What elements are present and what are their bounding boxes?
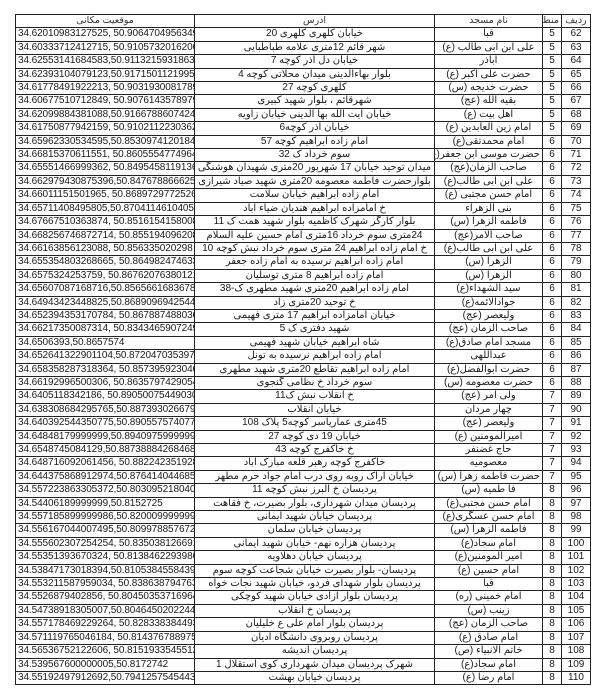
address-cell: شهید دفتری ک 5 bbox=[195, 323, 435, 336]
region-cell: 7 bbox=[543, 390, 562, 403]
table-row: 866عبداللهیامام زاده ابراهیم نرسیده به ت… bbox=[16, 350, 591, 363]
row-number-cell: 101 bbox=[562, 551, 591, 564]
region-cell: 7 bbox=[543, 444, 562, 457]
address-cell: شهر قائم 12متری علامه طباطبایی bbox=[195, 41, 435, 54]
address-cell: پردیسان خ البرز نبش کوچه 11 bbox=[195, 484, 435, 497]
region-cell: 7 bbox=[543, 417, 562, 430]
mosque-name-cell: امیر المومنین(ع) bbox=[435, 551, 543, 564]
location-cell: 34.556167044007495,50.809978857672114 bbox=[16, 524, 195, 537]
mosque-name-cell: امام حسن مجتبی (ع) bbox=[435, 189, 543, 202]
mosque-name-cell: عبداللهی bbox=[435, 350, 543, 363]
address-cell: امام زاده ابراهیم 8 متری توسلیان bbox=[195, 269, 435, 282]
row-number-cell: 97 bbox=[562, 497, 591, 510]
region-cell: 8 bbox=[543, 537, 562, 550]
address-cell: پردیسان میدان شهرداری، بلوار بصیرت، خ فق… bbox=[195, 497, 435, 510]
row-number-cell: 103 bbox=[562, 578, 591, 591]
region-cell: 8 bbox=[543, 631, 562, 644]
region-cell: 5 bbox=[543, 95, 562, 108]
location-cell: 34.61778491922213, 50.903193008178995 bbox=[16, 82, 195, 95]
address-cell: خیابان امامزاده ابراهیم 17 متری فهیمی bbox=[195, 309, 435, 322]
table-row: 1098امام سجاد(ع)شهرک پردیسان میدان شهردا… bbox=[16, 658, 591, 671]
location-cell: 34.54406189999999,50.8152725 bbox=[16, 497, 195, 510]
mosque-name-cell: امام سجاد(ع) bbox=[435, 658, 543, 671]
region-cell: 8 bbox=[543, 511, 562, 524]
mosque-name-cell: حضرت موسی ابن جعفر(ع) bbox=[435, 149, 543, 162]
region-cell: 5 bbox=[543, 55, 562, 68]
location-cell: 34.658358287318364, 50.857395923046056 bbox=[16, 363, 195, 376]
row-number-cell: 64 bbox=[562, 55, 591, 68]
row-number-cell: 72 bbox=[562, 162, 591, 175]
address-cell: شهرک پردیسان میدان شهرداری کوی استقلال 1 bbox=[195, 658, 435, 671]
table-row: 1088خاتم الانبیاء (ص)پردیسان اندیشه34.56… bbox=[16, 645, 591, 658]
row-number-cell: 92 bbox=[562, 430, 591, 443]
address-cell: پردیسان خیابان شهید ایمانی bbox=[195, 511, 435, 524]
region-cell: 6 bbox=[543, 323, 562, 336]
address-cell: امام زاده ابراهیم خیابان سلامت bbox=[195, 189, 435, 202]
table-row: 876حضرت ابوالفضل(ع)امام زاده ابراهیم تقا… bbox=[16, 363, 591, 376]
row-number-cell: 76 bbox=[562, 216, 591, 229]
region-cell: 8 bbox=[543, 497, 562, 510]
mosque-name-cell: امام حسن عسگری(ع) bbox=[435, 511, 543, 524]
region-cell: 6 bbox=[543, 256, 562, 269]
mosque-name-cell: بنی الزهراء bbox=[435, 202, 543, 215]
address-cell: پردیسان خیابان دهلاویه bbox=[195, 551, 435, 564]
location-cell: 34.62553141684583,50.91132159318633 bbox=[16, 55, 195, 68]
row-number-cell: 74 bbox=[562, 189, 591, 202]
address-cell: میدان توحید خیابان 17 شهریور 20متری شهید… bbox=[195, 162, 435, 175]
mosque-name-cell: امام سجاد(ع) bbox=[435, 537, 543, 550]
mosque-name-cell: صاحب الزمان (عج) bbox=[435, 618, 543, 631]
region-cell: 5 bbox=[543, 82, 562, 95]
header-row-number: ردیف bbox=[562, 15, 591, 28]
region-cell: 8 bbox=[543, 604, 562, 617]
region-cell: 5 bbox=[543, 122, 562, 135]
table-row: 726صاحب الزمان(عج)میدان توحید خیابان 17 … bbox=[16, 162, 591, 175]
mosque-name-cell: بقیه الله (عج) bbox=[435, 95, 543, 108]
table-row: 635علی ابن ابی طالب (ع)شهر قائم 12متری ع… bbox=[16, 41, 591, 54]
location-cell: 34.652394353170784, 50.8678874880364166 bbox=[16, 309, 195, 322]
mosque-name-cell: صاحب الزمان(عج) bbox=[435, 162, 543, 175]
location-cell: 34.67667510363874, 50.85161541580085 bbox=[16, 216, 195, 229]
mosque-name-cell: امام خمینی (ره) bbox=[435, 591, 543, 604]
address-cell: پردیسان خیابان بهشت bbox=[195, 671, 435, 684]
mosque-name-cell: فاطمه الزهرا (س) bbox=[435, 216, 543, 229]
table-body: 625قباخیابان کلهری کلهری 2034.6201098312… bbox=[16, 28, 591, 685]
address-cell: پردیسان خیابان سلمان bbox=[195, 524, 435, 537]
region-cell: 8 bbox=[543, 671, 562, 684]
row-number-cell: 91 bbox=[562, 417, 591, 430]
mosque-name-cell: امام زین العابدین (ع) bbox=[435, 122, 543, 135]
table-row: 1068صاحب الزمان (عج)پردیسان بلوار امام ع… bbox=[16, 618, 591, 631]
location-cell: 34.64943423448825,50.8689096942544 bbox=[16, 296, 195, 309]
table-row: 685اهل بیت (ع)خیابان ایت الله بها الدینی… bbox=[16, 108, 591, 121]
row-number-cell: 104 bbox=[562, 591, 591, 604]
table-row: 836ولیعصر (عج)خیابان امامزاده ابراهیم 17… bbox=[16, 309, 591, 322]
mosque-name-cell: علی ابن ابی طالب (ع) bbox=[435, 41, 543, 54]
mosque-name-cell: صاحب الزمان (عج) bbox=[435, 323, 543, 336]
location-cell: 34.65607087168716,50.85656616836787 bbox=[16, 283, 195, 296]
location-cell: 34.64848179999999,50.894097599999995 bbox=[16, 430, 195, 443]
location-cell: 34.557185899999986,50.820009999999996 bbox=[16, 511, 195, 524]
location-cell: 34.62393104079123,50.917150112199565 bbox=[16, 68, 195, 81]
region-cell: 7 bbox=[543, 403, 562, 416]
location-cell: 34.66192996500306, 50.86357974290544 bbox=[16, 376, 195, 389]
row-number-cell: 108 bbox=[562, 645, 591, 658]
location-cell: 34.668256746872714, 50.85519409620858 bbox=[16, 229, 195, 242]
region-cell: 8 bbox=[543, 524, 562, 537]
table-row: 886حضرت معصومه (س)سوم خرداد خ نظامی گنجو… bbox=[16, 376, 591, 389]
row-number-cell: 68 bbox=[562, 108, 591, 121]
mosque-name-cell: ولی امر (عج) bbox=[435, 390, 543, 403]
mosque-name-cell: ولیعصر (عج) bbox=[435, 417, 543, 430]
location-cell: 34.62010983127525, 50.906470495634935 bbox=[16, 28, 195, 41]
header-location: موقعیت مکانی bbox=[16, 15, 195, 28]
table-row: 706امام محمدتقی(ع)امام زاده ابراهیم کوچه… bbox=[16, 135, 591, 148]
address-cell: خاکفرج کوچه رهبر قلعه مبارک اباد bbox=[195, 457, 435, 470]
address-cell: خ انقلاب نبش ک11 bbox=[195, 390, 435, 403]
location-cell: 34.65962330534595,50.8530974120184 bbox=[16, 135, 195, 148]
region-cell: 7 bbox=[543, 430, 562, 443]
mosque-name-cell: علی ابن ابی طالب(ع) bbox=[435, 175, 543, 188]
row-number-cell: 100 bbox=[562, 537, 591, 550]
address-cell: خیابان 19 دی کوچه 27 bbox=[195, 430, 435, 443]
row-number-cell: 75 bbox=[562, 202, 591, 215]
location-cell: 34.65551466999362, 50.84954581191367 bbox=[16, 162, 195, 175]
mosque-name-cell: چهار مردان bbox=[435, 403, 543, 416]
table-row: 927امیرالمومنین (ع)خیابان 19 دی کوچه 273… bbox=[16, 430, 591, 443]
location-cell: 34.557223863305372,50.80309521804017 bbox=[16, 484, 195, 497]
table-row: 1028امام حسین (ع)پردیسان- بلوار بصیرت خی… bbox=[16, 564, 591, 577]
row-number-cell: 71 bbox=[562, 149, 591, 162]
address-cell: پردیسان بلوار شهدای فردو، خیابان شهید نج… bbox=[195, 578, 435, 591]
region-cell: 8 bbox=[543, 591, 562, 604]
location-cell: 34.55351393670324, 50.81384622939866 bbox=[16, 551, 195, 564]
address-cell: شاه ابراهیم خیابان شهید فهیمی bbox=[195, 336, 435, 349]
location-cell: 34.553211587959034, 50.8386387947638 bbox=[16, 578, 195, 591]
row-number-cell: 62 bbox=[562, 28, 591, 41]
location-cell: 34.60677510712849, 50.90761435789793 bbox=[16, 95, 195, 108]
address-cell: پردیسان بلوار ازادی خیابان شهید کوچکی bbox=[195, 591, 435, 604]
row-number-cell: 106 bbox=[562, 618, 591, 631]
mosque-name-cell: جوادالائمه(ع) bbox=[435, 296, 543, 309]
mosque-name-cell: زینب (س) bbox=[435, 604, 543, 617]
address-cell: سوم خرداد ک 32 bbox=[195, 149, 435, 162]
row-number-cell: 84 bbox=[562, 323, 591, 336]
location-cell: 34.6575324253759, 50.86762076380121 bbox=[16, 269, 195, 282]
region-cell: 6 bbox=[543, 216, 562, 229]
row-number-cell: 70 bbox=[562, 135, 591, 148]
location-cell: 34.640392544350775,50.89055757407749 bbox=[16, 417, 195, 430]
mosque-name-cell: امام رضا (ع) bbox=[435, 671, 543, 684]
address-cell: بلوار کارگر شهرک کاظمیه بلوار شهید همت ک… bbox=[195, 216, 435, 229]
address-cell: امام زاده ابراهیم نرسیده به تونل bbox=[195, 350, 435, 363]
table-row: 625قباخیابان کلهری کلهری 2034.6201098312… bbox=[16, 28, 591, 41]
table-row: 716حضرت موسی ابن جعفر(ع)سوم خرداد ک 3234… bbox=[16, 149, 591, 162]
location-cell: 34.66011151501965, 50.868972977252604 bbox=[16, 189, 195, 202]
row-number-cell: 78 bbox=[562, 242, 591, 255]
row-number-cell: 102 bbox=[562, 564, 591, 577]
mosque-name-cell: حاج غضنفر bbox=[435, 444, 543, 457]
mosque-table: ردیف منطقه نام مسجد آدرس موقعیت مکانی 62… bbox=[15, 14, 591, 685]
address-cell: خیابان دل آذر کوچه 7 bbox=[195, 55, 435, 68]
row-number-cell: 94 bbox=[562, 457, 591, 470]
region-cell: 8 bbox=[543, 578, 562, 591]
location-cell: 34.6506393,50.8657574 bbox=[16, 336, 195, 349]
row-number-cell: 81 bbox=[562, 283, 591, 296]
row-number-cell: 83 bbox=[562, 309, 591, 322]
mosque-name-cell: معصومیه bbox=[435, 457, 543, 470]
location-cell: 34.539567600000005,50.8172742 bbox=[16, 658, 195, 671]
address-cell: خ امامزاده ابراهیم هندیان ضیاء اباد bbox=[195, 202, 435, 215]
table-row: 957حضرت فاطمه زهرا (س) ابشارخیابان اراک … bbox=[16, 470, 591, 483]
region-cell: 6 bbox=[543, 189, 562, 202]
address-cell: خیابان انقلاب bbox=[195, 403, 435, 416]
location-cell: 34.6405118342186, 50.890500754490304 bbox=[16, 390, 195, 403]
table-row: 826جوادالائمه(ع)خ توحید 20متری زاد34.649… bbox=[16, 296, 591, 309]
address-cell: خ امام زاده ابراهیم 24 متری سوم خرداد نب… bbox=[195, 242, 435, 255]
row-number-cell: 98 bbox=[562, 511, 591, 524]
table-row: 645اباذرخیابان دل آذر کوچه 734.625531416… bbox=[16, 55, 591, 68]
row-number-cell: 107 bbox=[562, 631, 591, 644]
mosque-name-cell: امام حسین (ع) bbox=[435, 564, 543, 577]
table-row: 665حضرت خدیجه (س)کلهری کوچه 2734.6177849… bbox=[16, 82, 591, 95]
mosque-name-cell: حضرت علی اکبر (ع) bbox=[435, 68, 543, 81]
row-number-cell: 77 bbox=[562, 229, 591, 242]
address-cell: خ خاکفرج کوچه 43 bbox=[195, 444, 435, 457]
address-cell: خیابان آذر کوچه6 bbox=[195, 122, 435, 135]
mosque-name-cell: سید الشهداء(ع) bbox=[435, 283, 543, 296]
address-cell: سوم خرداد خ نظامی گنجوی bbox=[195, 376, 435, 389]
row-number-cell: 95 bbox=[562, 470, 591, 483]
region-cell: 5 bbox=[543, 108, 562, 121]
table-row: 746امام حسن مجتبی (ع)امام زاده ابراهیم خ… bbox=[16, 189, 591, 202]
row-number-cell: 105 bbox=[562, 604, 591, 617]
mosque-name-cell: اهل بیت (ع) bbox=[435, 108, 543, 121]
row-number-cell: 109 bbox=[562, 658, 591, 671]
location-cell: 34.662979430875396,50.847678866625216 bbox=[16, 175, 195, 188]
location-cell: 34.55192497912692,50.79412575454435 bbox=[16, 671, 195, 684]
table-row: 1008امام سجاد(ع)پردیسان هزاره نهم- خیابا… bbox=[16, 537, 591, 550]
location-cell: 34.56536752122606, 50.81519335455121 bbox=[16, 645, 195, 658]
location-cell: 34.61750877942159, 50.91021122303628 bbox=[16, 122, 195, 135]
region-cell: 6 bbox=[543, 269, 562, 282]
row-number-cell: 89 bbox=[562, 390, 591, 403]
row-number-cell: 87 bbox=[562, 363, 591, 376]
mosque-name-cell: حضرت خدیجه (س) bbox=[435, 82, 543, 95]
table-row: 675بقیه الله (عج)شهرقائم ، بلوار شهید کب… bbox=[16, 95, 591, 108]
region-cell: 5 bbox=[543, 28, 562, 41]
table-row: 776صاحب الامر(عج)24متری سوم خرداد 16متری… bbox=[16, 229, 591, 242]
header-address: آدرس bbox=[195, 15, 435, 28]
row-number-cell: 99 bbox=[562, 524, 591, 537]
table-row: 1058زینب (س)پردیسان خ انقلاب34.547389183… bbox=[16, 604, 591, 617]
region-cell: 6 bbox=[543, 175, 562, 188]
mosque-name-cell: اباذر bbox=[435, 55, 543, 68]
table-row: 695امام زین العابدین (ع)خیابان آذر کوچه6… bbox=[16, 122, 591, 135]
location-cell: 34.655354803268665, 50.864982474633344 bbox=[16, 256, 195, 269]
region-cell: 6 bbox=[543, 350, 562, 363]
region-cell: 6 bbox=[543, 162, 562, 175]
mosque-name-cell: قبا bbox=[435, 578, 543, 591]
address-cell: امام زاده ابراهیم تقاطع 20متری شهید مطهر… bbox=[195, 363, 435, 376]
row-number-cell: 93 bbox=[562, 444, 591, 457]
mosque-name-cell: الزهرا (س) bbox=[435, 269, 543, 282]
table-header-row: ردیف منطقه نام مسجد آدرس موقعیت مکانی bbox=[16, 15, 591, 28]
mosque-name-cell: امام صادق (ع) bbox=[435, 631, 543, 644]
address-cell: 45متری عماریاسر کوچه5 پلاک 108 bbox=[195, 417, 435, 430]
row-number-cell: 63 bbox=[562, 41, 591, 54]
table-row: 917ولیعصر (عج)45متری عماریاسر کوچه5 پلاک… bbox=[16, 417, 591, 430]
location-cell: 34.648716092061456, 50.88224235192855 bbox=[16, 457, 195, 470]
location-cell: 34.66815370611551, 50.86055547749647 bbox=[16, 149, 195, 162]
row-number-cell: 80 bbox=[562, 269, 591, 282]
mosque-name-cell: قبا bbox=[435, 28, 543, 41]
table-row: 1108امام رضا (ع)پردیسان خیابان بهشت34.55… bbox=[16, 671, 591, 684]
table-row: 1078امام صادق (ع)پردیسان روبروی دانشگاه … bbox=[16, 631, 591, 644]
location-cell: 34.62099884381088,50.91667886074242 bbox=[16, 108, 195, 121]
mosque-name-cell: امام حسن مجتبی(ع) bbox=[435, 497, 543, 510]
row-number-cell: 69 bbox=[562, 122, 591, 135]
region-cell: 6 bbox=[543, 309, 562, 322]
address-cell: بلوارحضرت فاطمه معصومه 20متری شهید صیاد … bbox=[195, 175, 435, 188]
region-cell: 6 bbox=[543, 202, 562, 215]
address-cell: امام زاده ابراهیم نرسیده به امام زاده جع… bbox=[195, 256, 435, 269]
header-mosque-name: نام مسجد bbox=[435, 15, 543, 28]
region-cell: 6 bbox=[543, 363, 562, 376]
table-row: 1038قباپردیسان بلوار شهدای فردو، خیابان … bbox=[16, 578, 591, 591]
location-cell: 34.557178469229264, 50.828338384493 bbox=[16, 618, 195, 631]
table-row: 1018امیر المومنین(ع)پردیسان خیابان دهلاو… bbox=[16, 551, 591, 564]
table-row: 947معصومیهخاکفرج کوچه رهبر قلعه مبارک اب… bbox=[16, 457, 591, 470]
table-row: 1048امام خمینی (ره)پردیسان بلوار ازادی خ… bbox=[16, 591, 591, 604]
mosque-name-cell: حضرت ابوالفضل(ع) bbox=[435, 363, 543, 376]
table-row: 786علی ابن ابی طالب(ع)خ امام زاده ابراهی… bbox=[16, 242, 591, 255]
mosque-name-cell: حضرت فاطمه زهرا (س) ابشار bbox=[435, 470, 543, 483]
address-cell: خ توحید 20متری زاد bbox=[195, 296, 435, 309]
table-row: 998فاطمه الزهرا (س)پردیسان خیابان سلمان3… bbox=[16, 524, 591, 537]
location-cell: 34.555602307254254, 50.83503812669106 bbox=[16, 537, 195, 550]
table-row: 907چهار مردانخیابان انقلاب34.63830868429… bbox=[16, 403, 591, 416]
region-cell: 6 bbox=[543, 296, 562, 309]
mosque-name-cell: صاحب الامر(عج) bbox=[435, 229, 543, 242]
address-cell: امام زاده ابراهیم کوچه 57 bbox=[195, 135, 435, 148]
row-number-cell: 73 bbox=[562, 175, 591, 188]
address-cell: پردیسان روبروی دانشگاه ادیان bbox=[195, 631, 435, 644]
mosque-name-cell: امام محمدتقی(ع) bbox=[435, 135, 543, 148]
region-cell: 6 bbox=[543, 149, 562, 162]
table-row: 968فا طمیه (س)پردیسان خ البرز نبش کوچه 1… bbox=[16, 484, 591, 497]
region-cell: 6 bbox=[543, 283, 562, 296]
address-cell: خیابان کلهری کلهری 20 bbox=[195, 28, 435, 41]
table-row: 846صاحب الزمان (عج)شهید دفتری ک 534.6621… bbox=[16, 323, 591, 336]
row-number-cell: 86 bbox=[562, 350, 591, 363]
row-number-cell: 96 bbox=[562, 484, 591, 497]
location-cell: 34.60333712412715, 50.91057320162065 bbox=[16, 41, 195, 54]
address-cell: پردیسان- بلوار بصیرت خیابان شجاعت کوچه س… bbox=[195, 564, 435, 577]
address-cell: بلوار بهاءالدینی میدان محلاتی کوچه 4 bbox=[195, 68, 435, 81]
table-row: 766فاطمه الزهرا (س)بلوار کارگر شهرک کاظم… bbox=[16, 216, 591, 229]
location-cell: 34.652641322901104,50.87204703539712 bbox=[16, 350, 195, 363]
location-cell: 34.54738918305007,50.804645020224434 bbox=[16, 604, 195, 617]
table-row: 816سید الشهداء(ع)امام زاده ابراهیم 20متر… bbox=[16, 283, 591, 296]
region-cell: 8 bbox=[543, 564, 562, 577]
mosque-name-cell: فاطمه الزهرا (س) bbox=[435, 524, 543, 537]
row-number-cell: 66 bbox=[562, 82, 591, 95]
location-cell: 34.66163856123088, 50.856335020298 bbox=[16, 242, 195, 255]
address-cell: پردیسان هزاره نهم- خیابان شهید ایمانی bbox=[195, 537, 435, 550]
table-row: 736علی ابن ابی طالب(ع)بلوارحضرت فاطمه مع… bbox=[16, 175, 591, 188]
table-row: 655حضرت علی اکبر (ع)بلوار بهاءالدینی مید… bbox=[16, 68, 591, 81]
region-cell: 6 bbox=[543, 229, 562, 242]
address-cell: پردیسان خ انقلاب bbox=[195, 604, 435, 617]
table-row: 988امام حسن عسگری(ع)پردیسان خیابان شهید … bbox=[16, 511, 591, 524]
location-cell: 34.644375868912974,50.87641404468592 bbox=[16, 470, 195, 483]
location-cell: 34.638308684295765,50.88739302667915 bbox=[16, 403, 195, 416]
region-cell: 6 bbox=[543, 336, 562, 349]
region-cell: 7 bbox=[543, 457, 562, 470]
mosque-name-cell: الزهرا (س) bbox=[435, 256, 543, 269]
region-cell: 6 bbox=[543, 135, 562, 148]
address-cell: کلهری کوچه 27 bbox=[195, 82, 435, 95]
address-cell: 24متری سوم خرداد 16متری امام حسین علیه ا… bbox=[195, 229, 435, 242]
row-number-cell: 82 bbox=[562, 296, 591, 309]
address-cell: پردیسان بلوار امام علی ع خلیلیان bbox=[195, 618, 435, 631]
address-cell: خیابان ایت الله بها الدینی خیابان زاویه bbox=[195, 108, 435, 121]
address-cell: خیابان اراک روبه روی درب امام جواد حرم م… bbox=[195, 470, 435, 483]
region-cell: 6 bbox=[543, 242, 562, 255]
header-region: منطقه bbox=[543, 15, 562, 28]
location-cell: 34.6548745084129,50.887388842684686 bbox=[16, 444, 195, 457]
table-row: 756بنی الزهراءخ امامزاده ابراهیم هندیان … bbox=[16, 202, 591, 215]
mosque-name-cell: خاتم الانبیاء (ص) bbox=[435, 645, 543, 658]
region-cell: 8 bbox=[543, 645, 562, 658]
location-cell: 34.571119765046184, 50.814376788975 bbox=[16, 631, 195, 644]
table-row: 978امام حسن مجتبی(ع)پردیسان میدان شهردار… bbox=[16, 497, 591, 510]
mosque-name-cell: امیرالمومنین (ع) bbox=[435, 430, 543, 443]
table-row: 897ولی امر (عج)خ انقلاب نبش ک1134.640511… bbox=[16, 390, 591, 403]
row-number-cell: 65 bbox=[562, 68, 591, 81]
location-cell: 34.5526879402856, 50.80450353716964 bbox=[16, 591, 195, 604]
address-cell: شهرقائم ، بلوار شهید کبیری bbox=[195, 95, 435, 108]
region-cell: 8 bbox=[543, 551, 562, 564]
address-cell: امام زاده ابراهیم 20متری شهید مطهری ک-38 bbox=[195, 283, 435, 296]
region-cell: 6 bbox=[543, 376, 562, 389]
mosque-name-cell: ولیعصر (عج) bbox=[435, 309, 543, 322]
row-number-cell: 110 bbox=[562, 671, 591, 684]
table-row: 806الزهرا (س)امام زاده ابراهیم 8 متری تو… bbox=[16, 269, 591, 282]
mosque-name-cell: علی ابن ابی طالب(ع) bbox=[435, 242, 543, 255]
location-cell: 34.65711408495805,50.87041146104053 bbox=[16, 202, 195, 215]
row-number-cell: 85 bbox=[562, 336, 591, 349]
table-row: 937حاج غضنفرخ خاکفرج کوچه 4334.654874508… bbox=[16, 444, 591, 457]
table-row: 796الزهرا (س)امام زاده ابراهیم نرسیده به… bbox=[16, 256, 591, 269]
region-cell: 5 bbox=[543, 41, 562, 54]
region-cell: 5 bbox=[543, 68, 562, 81]
row-number-cell: 90 bbox=[562, 403, 591, 416]
location-cell: 34.53847173018394,50.81053845584394 bbox=[16, 564, 195, 577]
mosque-name-cell: مسجد امام صادق(ع) bbox=[435, 336, 543, 349]
row-number-cell: 88 bbox=[562, 376, 591, 389]
region-cell: 7 bbox=[543, 470, 562, 483]
region-cell: 8 bbox=[543, 618, 562, 631]
location-cell: 34.66217350087314, 50.83434659072497 bbox=[16, 323, 195, 336]
mosque-name-cell: فا طمیه (س) bbox=[435, 484, 543, 497]
region-cell: 8 bbox=[543, 484, 562, 497]
region-cell: 8 bbox=[543, 658, 562, 671]
address-cell: پردیسان اندیشه bbox=[195, 645, 435, 658]
mosque-name-cell: حضرت معصومه (س) bbox=[435, 376, 543, 389]
row-number-cell: 67 bbox=[562, 95, 591, 108]
